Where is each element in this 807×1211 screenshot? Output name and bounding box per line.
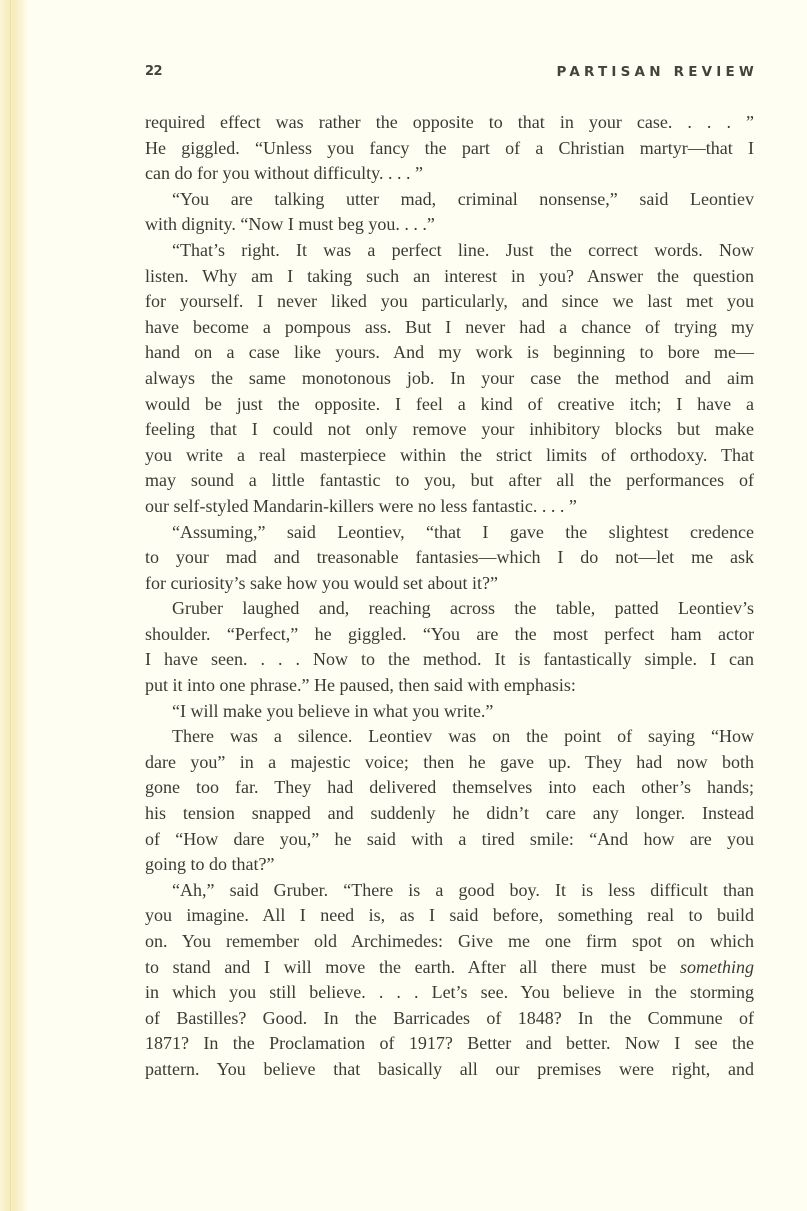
- text-line: our self-styled Mandarin-killers were no…: [145, 494, 754, 520]
- text-line: his tension snapped and suddenly he didn…: [145, 801, 754, 827]
- text-line: can do for you without difficulty. . . .…: [145, 161, 754, 187]
- text-line: feeling that I could not only remove you…: [145, 417, 754, 443]
- text-line: you imagine. All I need is, as I said be…: [145, 903, 754, 929]
- text-line: I have seen. . . . Now to the method. It…: [145, 647, 754, 673]
- running-head: 22 PARTISAN REVIEW: [145, 64, 754, 84]
- body-text: required effect was rather the opposite …: [145, 110, 754, 1083]
- text-line: required effect was rather the opposite …: [145, 110, 754, 136]
- text-line: have become a pompous ass. But I never h…: [145, 315, 754, 341]
- journal-title: PARTISAN REVIEW: [557, 64, 759, 80]
- page-binding-edge: [0, 0, 30, 1211]
- text-line: in which you still believe. . . . Let’s …: [145, 980, 754, 1006]
- text-line: “Assuming,” said Leontiev, “that I gave …: [145, 520, 754, 546]
- text-line: 1871? In the Proclamation of 1917? Bette…: [145, 1031, 754, 1057]
- text-line: gone too far. They had delivered themsel…: [145, 775, 754, 801]
- text-line: shoulder. “Perfect,” he giggled. “You ar…: [145, 622, 754, 648]
- text-line: dare you” in a majestic voice; then he g…: [145, 750, 754, 776]
- text-line: “I will make you believe in what you wri…: [145, 699, 754, 725]
- text-line: listen. Why am I taking such an interest…: [145, 264, 754, 290]
- text-line: for curiosity’s sake how you would set a…: [145, 571, 754, 597]
- text-line: hand on a case like yours. And my work i…: [145, 340, 754, 366]
- text-line: pattern. You believe that basically all …: [145, 1057, 754, 1083]
- text-line: of Bastilles? Good. In the Barricades of…: [145, 1006, 754, 1032]
- text-line: with dignity. “Now I must beg you. . . .…: [145, 212, 754, 238]
- text-line: He giggled. “Unless you fancy the part o…: [145, 136, 754, 162]
- text-line: for yourself. I never liked you particul…: [145, 289, 754, 315]
- text-line: put it into one phrase.” He paused, then…: [145, 673, 754, 699]
- text-line: may sound a little fantastic to you, but…: [145, 468, 754, 494]
- text-line: always the same monotonous job. In your …: [145, 366, 754, 392]
- text-line: of “How dare you,” he said with a tired …: [145, 827, 754, 853]
- text-line: There was a silence. Leontiev was on the…: [145, 724, 754, 750]
- text-line: “You are talking utter mad, criminal non…: [145, 187, 754, 213]
- emphasis: something: [680, 957, 754, 977]
- text-line: going to do that?”: [145, 852, 754, 878]
- text-line: to stand and I will move the earth. Afte…: [145, 955, 754, 981]
- text-line: you write a real masterpiece within the …: [145, 443, 754, 469]
- text-line: “Ah,” said Gruber. “There is a good boy.…: [145, 878, 754, 904]
- page-number: 22: [145, 64, 162, 79]
- text-line: on. You remember old Archimedes: Give me…: [145, 929, 754, 955]
- text-line: would be just the opposite. I feel a kin…: [145, 392, 754, 418]
- text-line: Gruber laughed and, reaching across the …: [145, 596, 754, 622]
- text-line: to your mad and treasonable fantasies—wh…: [145, 545, 754, 571]
- text-line: “That’s right. It was a perfect line. Ju…: [145, 238, 754, 264]
